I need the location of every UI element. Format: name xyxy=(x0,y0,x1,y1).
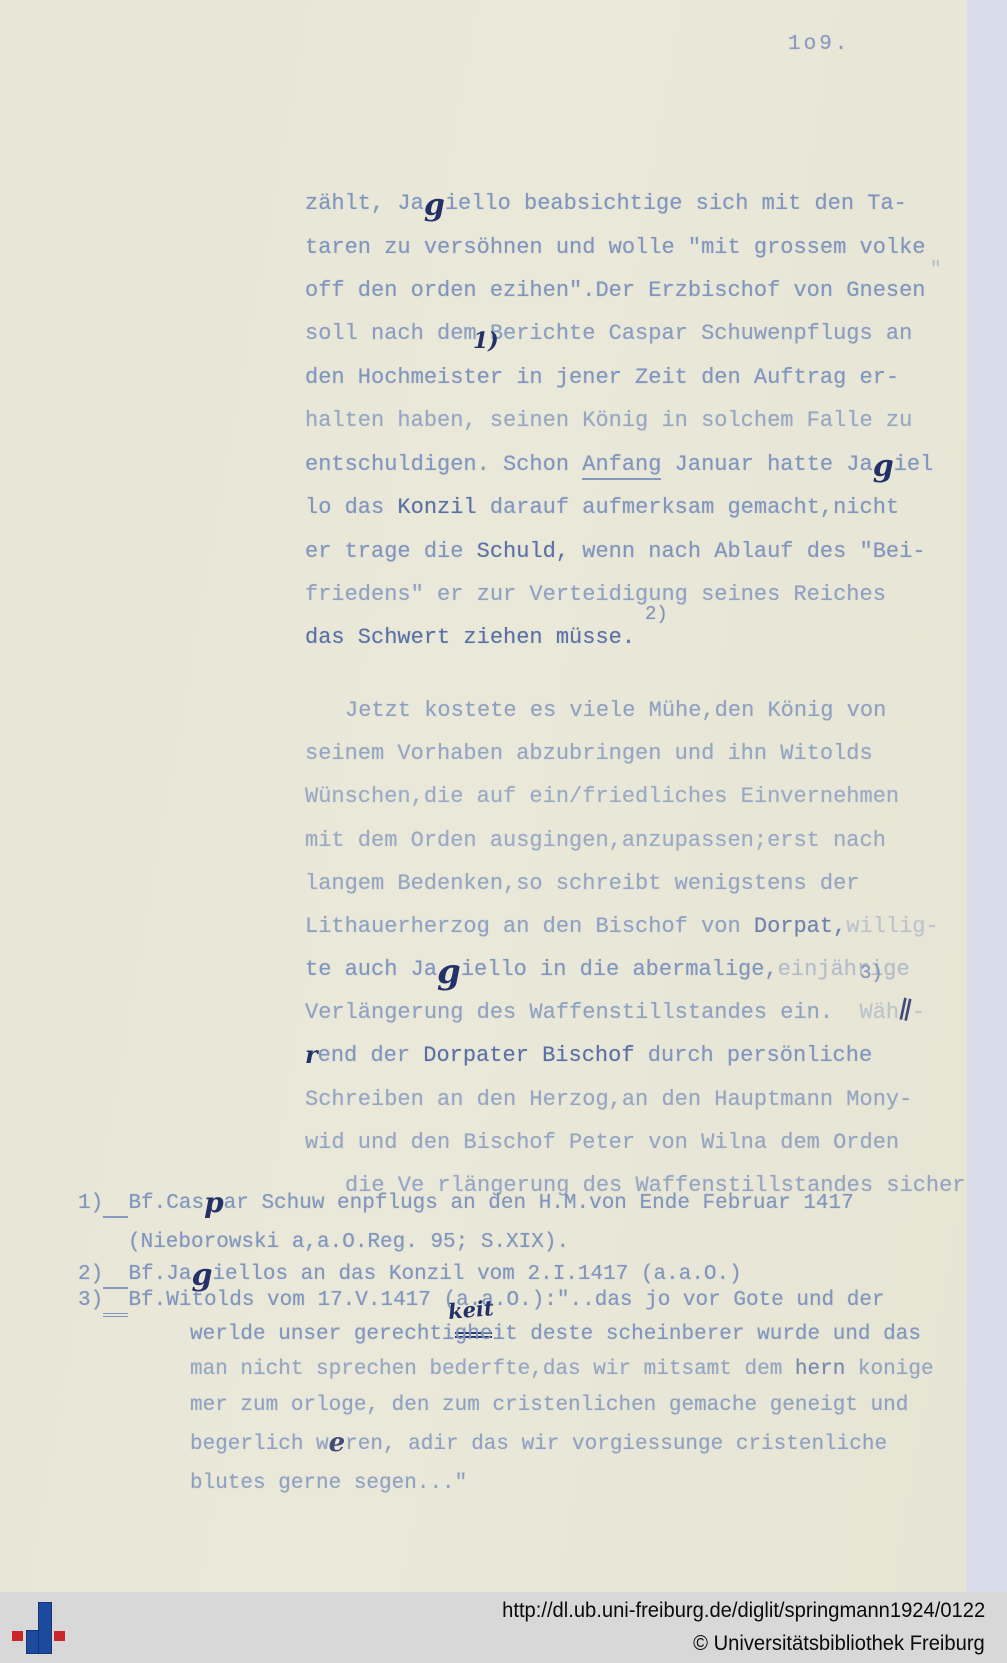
footnote-line: mer zum orloge, den zum cristenlichen ge… xyxy=(190,1395,908,1416)
typed-text: durch persönliche xyxy=(635,1043,873,1068)
typed-text: man nicht sprechen bederfte,das wir mits… xyxy=(190,1358,795,1381)
stray-quote-mark: " xyxy=(930,258,941,280)
typed-line: er trage die Schuld, wenn nach Ablauf de… xyxy=(305,541,926,563)
typed-line: Verlängerung des Waffenstillstandes ein.… xyxy=(305,1002,925,1024)
typed-text xyxy=(103,1263,128,1289)
typed-line: Wünschen,die auf ein/friedliches Einvern… xyxy=(305,786,899,808)
typed-text: off den orden ezihen".Der Erzbischof von… xyxy=(305,278,926,303)
footnote-line: blutes gerne segen..." xyxy=(190,1473,467,1494)
typed-line: Schreiben an den Herzog,an den Hauptmann… xyxy=(305,1089,912,1111)
typed-text: wenn nach Ablauf des "Bei- xyxy=(569,539,925,564)
typed-text: halten haben, seinen König in solchem Fa… xyxy=(305,408,912,433)
typed-line: wid und den Bischof Peter von Wilna dem … xyxy=(305,1132,899,1154)
typed-text: Dorpater Bischof xyxy=(423,1043,634,1068)
typed-text: werlde unser gerechti xyxy=(190,1323,455,1346)
typed-line: Jetzt kostete es viele Mühe,den König vo… xyxy=(345,700,886,722)
scanner-background-strip xyxy=(967,0,1007,1592)
handwritten-footnote-ref-1: 1) xyxy=(473,328,499,354)
typed-text: ar Schuw enpflugs an den H.M.von Ende Fe… xyxy=(224,1192,854,1215)
typed-text xyxy=(833,1000,859,1025)
typed-text: iel xyxy=(894,452,934,477)
typed-text: Wäh xyxy=(860,1000,900,1025)
typed-text: hern xyxy=(795,1358,845,1381)
typed-text: it deste scheinberer wurde und das xyxy=(492,1323,920,1346)
typed-text: konige xyxy=(845,1358,933,1381)
typed-text: er trage die xyxy=(305,539,477,564)
typed-line: entschuldigen. Schon Anfang Januar hatte… xyxy=(305,454,933,476)
typed-text: darauf aufmerksam gemacht,nicht xyxy=(477,495,899,520)
typed-text: friedens" er zur Verteidigung seines Rei… xyxy=(305,582,886,607)
typed-text: (Nieborowski a,a.O.Reg. 95; S.XIX). xyxy=(128,1231,569,1254)
typed-text: Verlängerung des Waffenstillstandes ein. xyxy=(305,1000,833,1025)
typed-line: rend der Dorpater Bischof durch persönli… xyxy=(305,1045,872,1067)
typed-text: willig- xyxy=(846,914,938,939)
typed-text: Konzil xyxy=(397,495,476,520)
typed-line: soll nach dem Berichte Caspar Schuwenpfl… xyxy=(305,323,912,345)
typed-text xyxy=(103,1192,128,1218)
typed-line: zählt, Jagiello beabsichtige sich mit de… xyxy=(305,193,907,215)
typed-text: Lithauerherzog an den Bischof von xyxy=(305,914,754,939)
typed-line: langem Bedenken,so schreibt wenigstens d… xyxy=(305,873,860,895)
typed-line: lo das Konzil darauf aufmerksam gemacht,… xyxy=(305,497,899,519)
typed-text: Jetzt kostete es viele Mühe,den König vo… xyxy=(345,698,886,723)
viewer-footer-bar: http://dl.ub.uni-freiburg.de/diglit/spri… xyxy=(0,1592,1007,1663)
typed-text: 2) xyxy=(78,1263,103,1286)
typed-text: Januar hatte Ja xyxy=(661,452,872,477)
typed-text: seinem Vorhaben abzubringen und ihn Wito… xyxy=(305,741,873,766)
typed-text: ren, adir das wir vorgiessunge cristenli… xyxy=(345,1433,887,1456)
typed-text: - xyxy=(912,1000,925,1025)
typed-text: begerlich w xyxy=(190,1433,329,1456)
typed-text: 1) xyxy=(78,1192,103,1215)
typed-text: iello beabsichtige sich mit den Ta- xyxy=(445,191,907,216)
logo-square-left xyxy=(12,1631,23,1641)
typed-text: das Schwert ziehen müsse. xyxy=(305,625,635,650)
typed-text: zählt, Ja xyxy=(305,191,424,216)
typed-text: Schreiben an den Herzog,an den Hauptmann… xyxy=(305,1087,912,1112)
footnote-line: werlde unser gerechtigheit deste scheinb… xyxy=(190,1324,921,1345)
typed-line: das Schwert ziehen müsse. xyxy=(305,627,635,649)
typed-text: mit dem Orden ausgingen,anzupassen;erst … xyxy=(305,828,886,853)
typed-text: Schuld, xyxy=(477,539,569,564)
typed-text: taren zu versöhnen und wolle "mit grosse… xyxy=(305,235,926,260)
typed-text: Bf.Witolds vom 17.V.1417 (a.a.O.):"..das… xyxy=(128,1289,884,1312)
typed-text: iellos an das Konzil vom 2.I.1417 (a.a.O… xyxy=(212,1263,741,1286)
typed-text: wid und den Bischof Peter von Wilna dem … xyxy=(305,1130,899,1155)
typed-line: den Hochmeister in jener Zeit den Auftra… xyxy=(305,367,899,389)
typed-text: Dorpat, xyxy=(754,914,846,939)
typed-text: soll nach dem Berichte Caspar Schuwenpfl… xyxy=(305,321,912,346)
ub-freiburg-logo xyxy=(0,1592,80,1663)
logo-square-right xyxy=(54,1631,65,1641)
typed-text: blutes gerne segen..." xyxy=(190,1472,467,1495)
footnote-line: 1) Bf.Caspar Schuw enpflugs an den H.M.v… xyxy=(78,1193,854,1214)
typed-line: Lithauerherzog an den Bischof von Dorpat… xyxy=(305,916,939,938)
typed-text: den Hochmeister in jener Zeit den Auftra… xyxy=(305,365,899,390)
typed-text: langem Bedenken,so schreibt wenigstens d… xyxy=(305,871,860,896)
typed-line: halten haben, seinen König in solchem Fa… xyxy=(305,410,912,432)
typed-text: einjährige xyxy=(778,957,910,982)
footnote-line: 2) Bf.Jagiellos an das Konzil vom 2.I.14… xyxy=(78,1264,742,1285)
footnote-line: man nicht sprechen bederfte,das wir mits… xyxy=(190,1359,934,1380)
copyright-notice: © Universitätsbibliothek Freiburg xyxy=(693,1631,985,1656)
typed-line: off den orden ezihen".Der Erzbischof von… xyxy=(305,280,926,302)
typed-text: iello in die abermalige, xyxy=(461,957,778,982)
handwritten-correction: ∥ xyxy=(899,1009,911,1012)
struck-text: ghe xyxy=(455,1323,493,1346)
typed-text: te auch Ja xyxy=(305,957,437,982)
typed-text: Anfang xyxy=(582,452,661,480)
typed-text: 3) xyxy=(78,1289,103,1312)
typed-text: mer zum orloge, den zum cristenlichen ge… xyxy=(190,1394,908,1417)
source-url: http://dl.ub.uni-freiburg.de/diglit/spri… xyxy=(502,1598,985,1623)
typed-line: mit dem Orden ausgingen,anzupassen;erst … xyxy=(305,830,886,852)
logo-bar-tall xyxy=(38,1602,52,1654)
page-number: 1o9. xyxy=(788,33,850,56)
typed-text: end der xyxy=(318,1043,424,1068)
typed-line: friedens" er zur Verteidigung seines Rei… xyxy=(305,584,886,606)
typed-line: te auch Jagiello in die abermalige,einjä… xyxy=(305,959,910,981)
typed-text: Bf.Cas xyxy=(128,1192,204,1215)
typed-text: entschuldigen. Schon xyxy=(305,452,582,477)
footnote-line: begerlich weren, adir das wir vorgiessun… xyxy=(190,1434,887,1455)
footnote-marker-3: 3) xyxy=(860,962,883,984)
typed-line: taren zu versöhnen und wolle "mit grosse… xyxy=(305,237,926,259)
scanned-manuscript-page: 1o9. zählt, Jagiello beabsichtige sich m… xyxy=(0,0,1007,1663)
handwritten-correction-keit: keit xyxy=(447,1295,495,1324)
footnote-marker-2: 2) xyxy=(645,603,668,625)
typed-text: Bf.Ja xyxy=(128,1263,191,1286)
typed-text xyxy=(103,1289,128,1317)
typed-text: lo das xyxy=(305,495,397,520)
logo-bar-short xyxy=(26,1630,39,1654)
typed-text: Wünschen,die auf ein/friedliches Einvern… xyxy=(305,784,899,809)
typed-line: seinem Vorhaben abzubringen und ihn Wito… xyxy=(305,743,873,765)
footnote-line: (Nieborowski a,a.O.Reg. 95; S.XIX). xyxy=(128,1232,569,1253)
